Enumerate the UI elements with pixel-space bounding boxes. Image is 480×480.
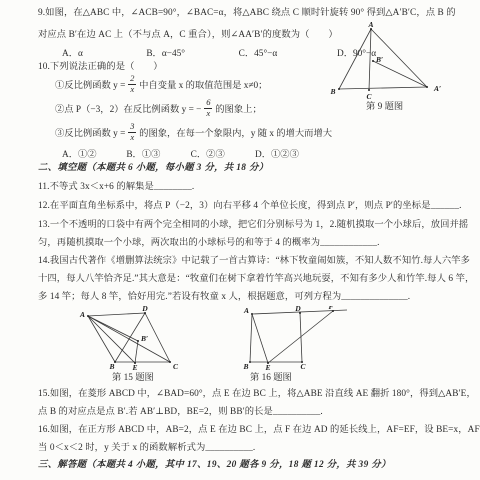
q10-item1-post: 中自变量 x 的取值范围是 x≠0； xyxy=(139,77,267,91)
q10-item2-post: 的图象上； xyxy=(215,101,262,115)
q10-item2-pre: ②点 P（−3，2）在反比例函数 y = − xyxy=(55,101,201,115)
question-15-line-1: 15.如图，在菱形 ABCD 中，∠BAD=60°，点 E 在边 BC 上，将△… xyxy=(38,388,476,400)
fig16-label-d: D xyxy=(294,306,301,313)
q10-option-d: D．①②③ xyxy=(255,146,299,160)
question-13-line-1: 13.一个不透明的口袋中有两个完全相同的小球，把它们分别标号为 1，2.随机摸取… xyxy=(38,219,468,231)
q10-item3-numerator: 3 xyxy=(130,122,134,131)
fig15-label-b2: B′ xyxy=(140,334,148,343)
fraction: 2 x xyxy=(128,74,136,93)
fig9-label-b: B xyxy=(330,87,336,96)
section-2-header: 二、填空题（本题共 6 小题，每小题 3 分，共 18 分） xyxy=(38,162,268,174)
question-16-line-2: 当 0＜x＜2 时，y 关于 x 的函数解析式为__________. xyxy=(38,442,255,454)
question-15-line-2: 点 B 的对应点是点 B′.若 AB′⊥BD，BE=2，则 BB′的长是____… xyxy=(38,406,323,418)
fig9-label-a2: A′ xyxy=(433,84,441,93)
fig15-label-c: C xyxy=(173,362,179,370)
q9-option-a: A．α xyxy=(62,45,144,59)
q10-option-a: A．①② xyxy=(62,146,124,160)
fig9-label-a: A xyxy=(367,22,373,29)
question-13-line-2: 匀，再随机摸取一个小球，两次取出的小球标号的和等于 4 的概率为________… xyxy=(38,237,380,249)
fig15-label-a: A xyxy=(79,310,85,319)
fig16-label-a: A xyxy=(243,306,249,315)
fig16-label-c: C xyxy=(300,362,306,370)
question-11: 11.不等式 3x＜x+6 的解集是________. xyxy=(38,181,194,193)
section-3-header: 三、解答题（本题共 4 小题，其中 17、19、20 题各 9 分，18 题 1… xyxy=(38,459,391,471)
fig9-label-b2: B′ xyxy=(375,55,383,64)
question-12: 12.在平面直角坐标系中，将点 P（−2，3）向右平移 4 个单位长度，得到点 … xyxy=(38,200,462,212)
q10-item1-denominator: x xyxy=(128,84,136,94)
q10-item3-pre: ③反比例函数 y = xyxy=(55,125,125,139)
q10-option-c: C．②③ xyxy=(191,146,253,160)
figure-15-svg: A D B′ B E C xyxy=(75,306,195,370)
question-10-item-1: ①反比例函数 y = 2 x 中自变量 x 的取值范围是 x≠0； xyxy=(55,73,267,95)
fraction: 6 x xyxy=(204,98,212,117)
question-10-stem: 10.下列说法正确的是（ ） xyxy=(38,61,163,73)
figure-16-square-diagram: A D F B E C xyxy=(240,306,355,370)
question-14-line-3: 多 14 竿；每人 8 竿，恰好用完.”若设有牧童 x 人，根据题意，可列方程为… xyxy=(38,291,410,303)
exam-paper-page: 9.如图，在△ABC 中，∠ACB=90°，∠BAC=α，将△ABC 绕点 C … xyxy=(0,0,480,480)
q9-option-b: B．α−45° xyxy=(146,45,236,59)
figure-15-caption: 第 15 题图 xyxy=(112,369,154,383)
figure-9-triangle-diagram: A B C A′ B′ xyxy=(330,22,450,100)
q9-option-c: C．45°−α xyxy=(239,45,335,59)
figure-9-svg: A B C A′ B′ xyxy=(330,22,450,100)
q10-item1-pre: ①反比例函数 y = xyxy=(55,77,125,91)
question-14-line-1: 14.我国古代著作《增删算法统宗》中记载了一首古算诗：“林下牧童闹如簇，不知人数… xyxy=(38,255,470,267)
q10-option-b: B．①③ xyxy=(126,146,188,160)
question-10-options: A．①② B．①③ C．②③ D．①②③ xyxy=(62,146,299,160)
q10-item3-denominator: x xyxy=(128,132,136,142)
fig16-label-f: F xyxy=(328,306,333,311)
q10-item2-numerator: 6 xyxy=(206,98,210,107)
question-9-line-1: 9.如图，在△ABC 中，∠ACB=90°，∠BAC=α，将△ABC 绕点 C … xyxy=(38,7,456,19)
question-10-item-3: ③反比例函数 y = 3 x 的图象，在每一个象限内，y 随 x 的增大而增大 xyxy=(55,121,332,143)
question-16-line-1: 16.如图，在正方形 ABCD 中，AB=2，点 E 在边 BC 上，点 F 在… xyxy=(38,424,480,436)
question-9-line-2: 对应点 B′在边 AC 上（不与点 A，C 重合），则∠AA′B′的度数为（ ） xyxy=(38,29,338,41)
q10-item3-post: 的图象，在每一个象限内，y 随 x 的增大而增大 xyxy=(139,125,332,139)
figure-15-rhombus-diagram: A D B′ B E C xyxy=(75,306,195,370)
q10-item1-numerator: 2 xyxy=(130,74,134,83)
figure-16-caption: 第 16 题图 xyxy=(250,369,292,383)
q10-item2-denominator: x xyxy=(204,108,212,118)
figure-9-caption: 第 9 题图 xyxy=(366,98,403,112)
fraction: 3 x xyxy=(128,122,136,141)
question-9-options: A．α B．α−45° C．45°−α D．90°−α xyxy=(62,45,376,59)
fig16-label-b: B xyxy=(242,362,248,370)
fig15-label-d: D xyxy=(141,306,148,313)
question-10-item-2: ②点 P（−3，2）在反比例函数 y = − 6 x 的图象上； xyxy=(55,97,262,119)
question-14-line-2: 十四，每人八竿恰齐足.”其大意是：“牧童们在树下拿着竹竿高兴地玩耍，不知有多少人… xyxy=(38,273,474,285)
figure-16-svg: A D F B E C xyxy=(240,306,355,370)
